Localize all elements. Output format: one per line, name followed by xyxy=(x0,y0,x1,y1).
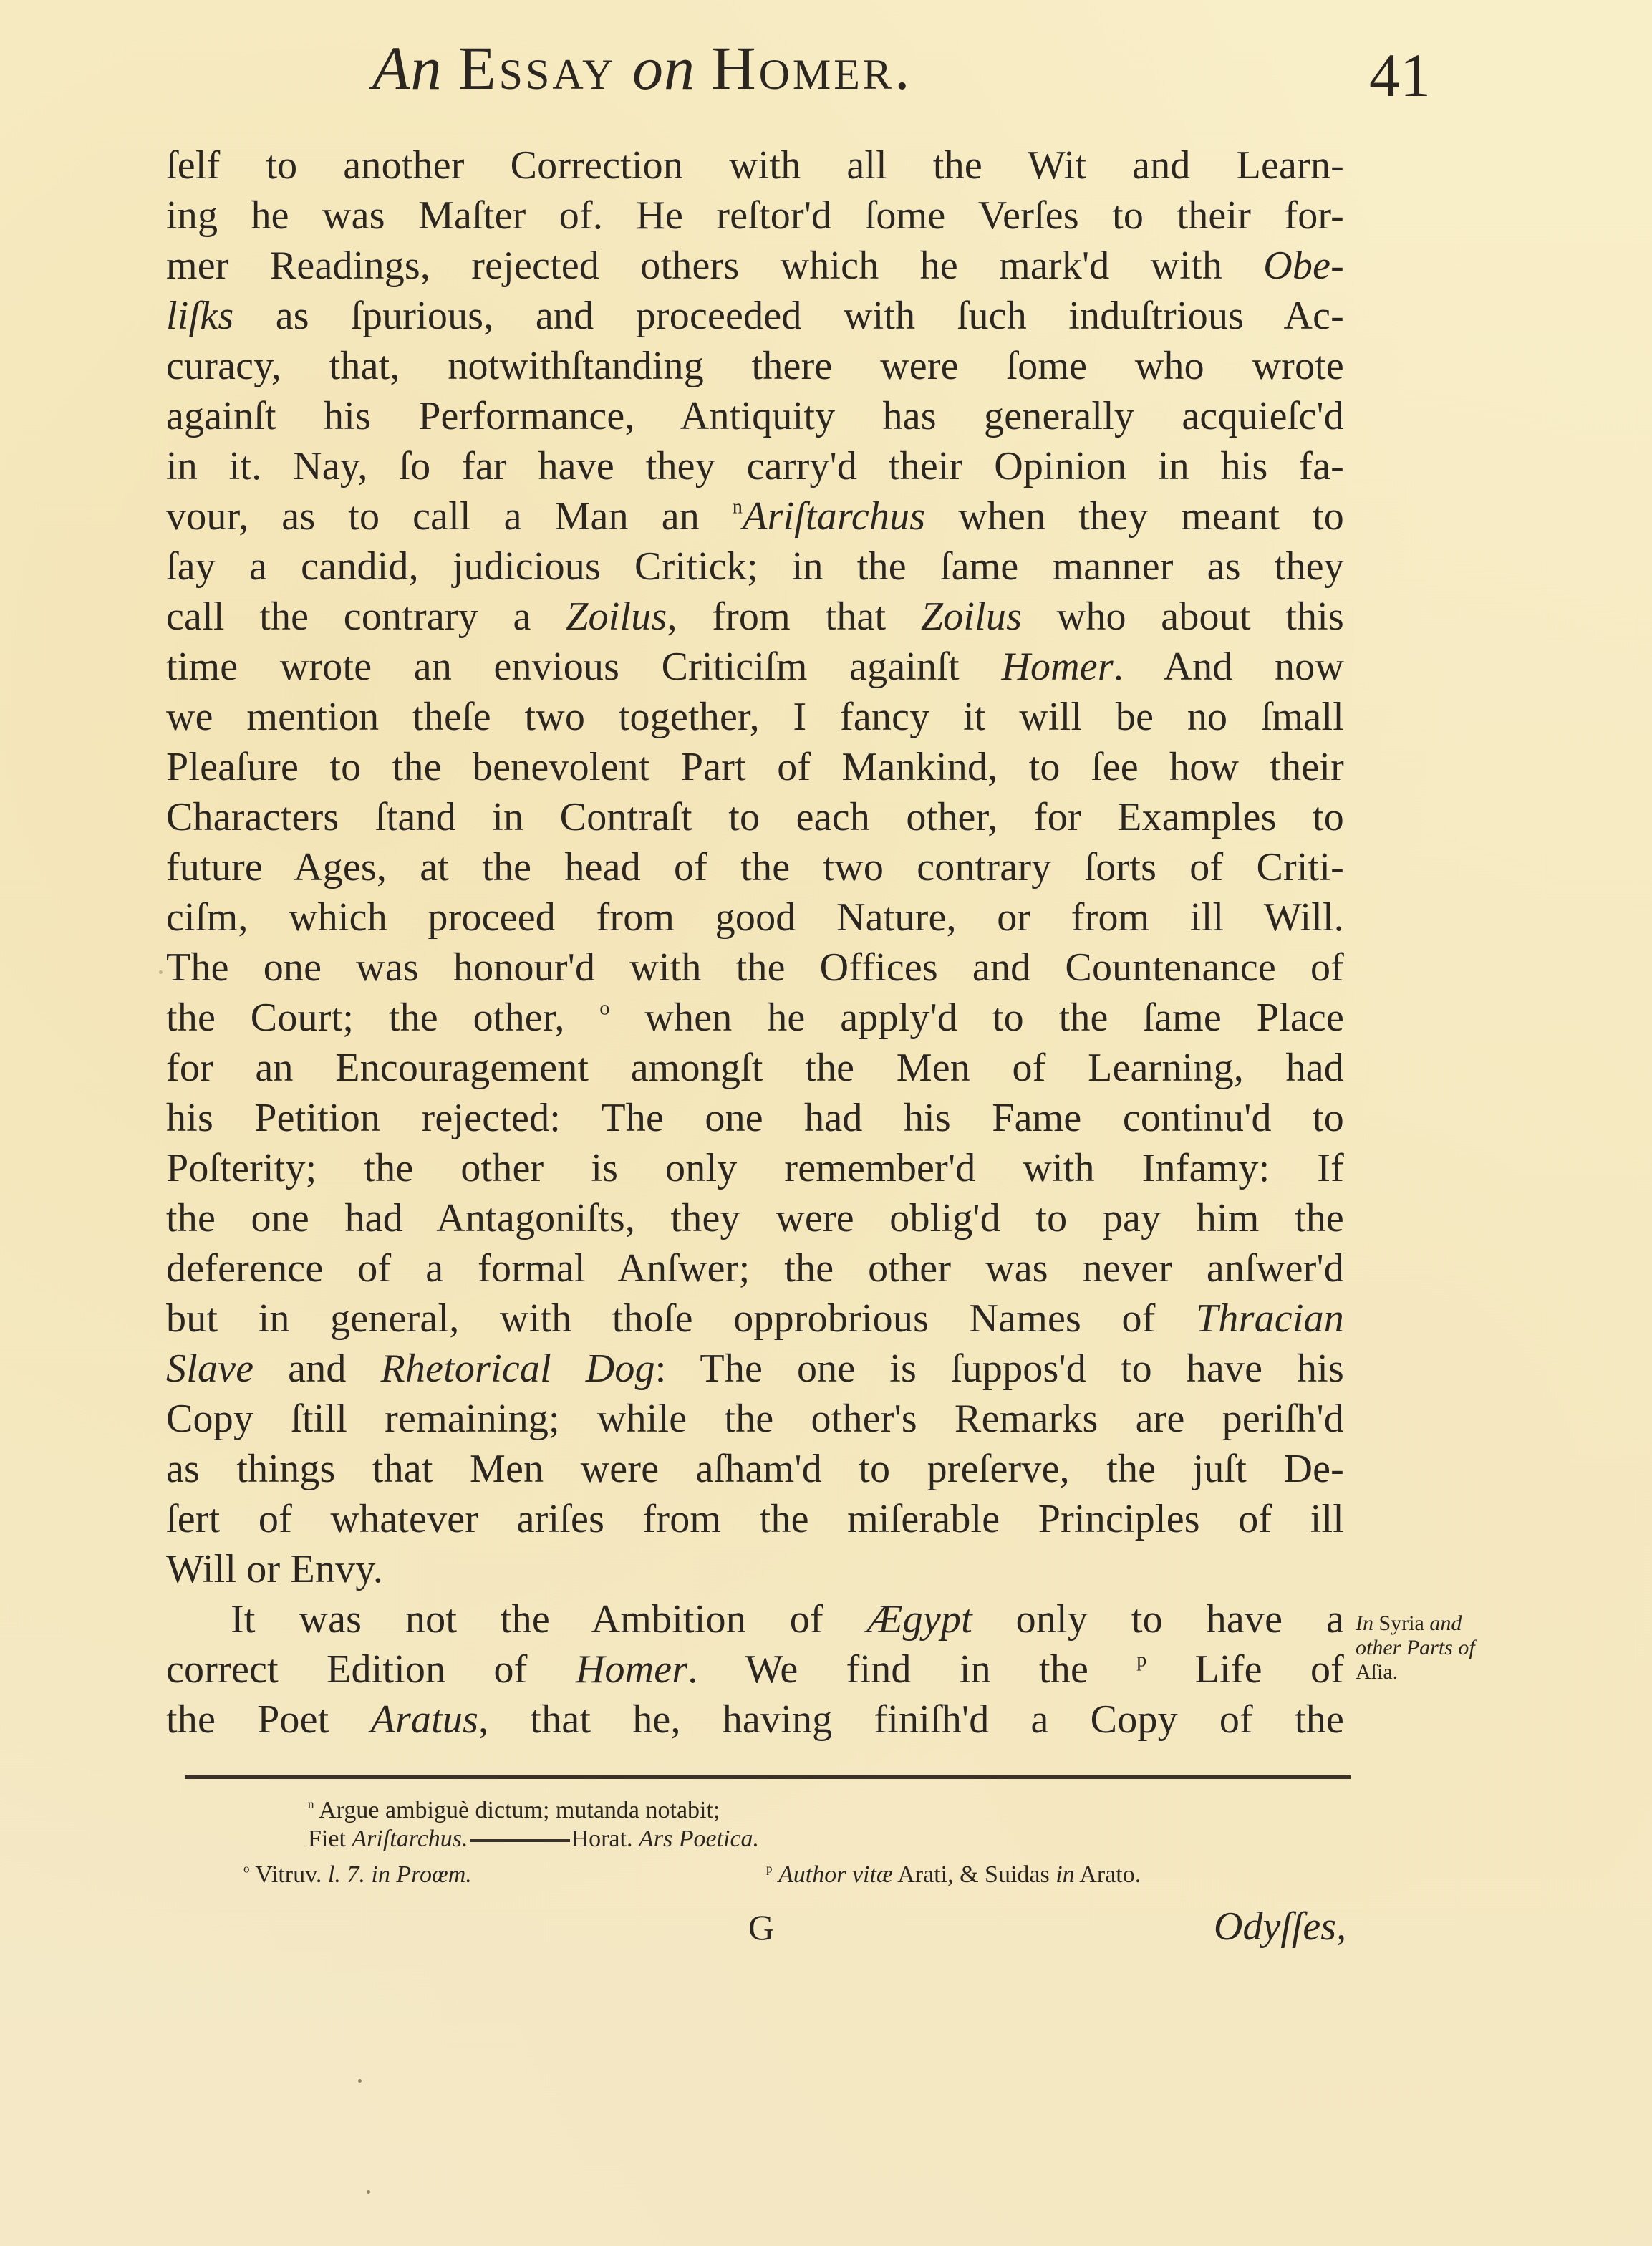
footnote-reference: p xyxy=(1136,1649,1146,1672)
text-line: deference of a formal Anſwer; the other … xyxy=(166,1243,1344,1293)
footnote-o-mark: o xyxy=(243,1861,250,1875)
text-line: for an Encouragement amongſt the Men of … xyxy=(166,1043,1344,1093)
text-line: Poſterity; the other is only remember'd … xyxy=(166,1143,1344,1193)
text-line: as things that Men were aſham'd to preſe… xyxy=(166,1444,1344,1494)
text-line: future Ages, at the head of the two cont… xyxy=(166,842,1344,892)
text-line: Characters ſtand in Contraſt to each oth… xyxy=(166,792,1344,842)
margin-note-asia: Aſia. xyxy=(1356,1660,1398,1684)
text-line: we mention theſe two together, I fancy i… xyxy=(166,692,1344,742)
footnote-o-ref: l. 7. in Proœm. xyxy=(328,1861,472,1888)
margin-note: In Syria and other Parts of Aſia. xyxy=(1356,1611,1542,1684)
text-line: but in general, with thoſe opprobrious N… xyxy=(166,1293,1344,1344)
text-line: his Petition rejected: The one had his F… xyxy=(166,1093,1344,1143)
footnote-p-arati: Arati, & Suidas xyxy=(897,1861,1049,1888)
text-line: ciſm, which proceed from good Nature, or… xyxy=(166,892,1344,943)
paper-speck xyxy=(159,970,163,974)
running-head-an: An xyxy=(372,34,443,102)
footnote-o: o Vitruv. l. 7. in Proœm. xyxy=(243,1861,472,1889)
margin-note-other-parts: other Parts of xyxy=(1356,1636,1475,1659)
text-line: Will or Envy. xyxy=(166,1544,1344,1594)
text-line: It was not the Ambition of Ægypt only to… xyxy=(166,1594,1344,1644)
text-line: ſert of whatever ariſes from the miſerab… xyxy=(166,1494,1344,1544)
footnote-n-ars-poetica: Ars Poetica. xyxy=(639,1826,759,1852)
body-text: ſelf to another Correction with all the … xyxy=(166,140,1344,1745)
text-line: curacy, that, notwithſtanding there were… xyxy=(166,341,1344,391)
footnote-o-vitruv: Vitruv. xyxy=(255,1861,322,1888)
text-line: The one was honour'd with the Offices an… xyxy=(166,943,1344,993)
footnote-p-arato: Arato. xyxy=(1079,1861,1141,1888)
footnote-n-line-2: Fiet Ariſtarchus.Horat. Ars Poetica. xyxy=(308,1825,759,1854)
paper-speck xyxy=(358,2079,362,2083)
signature-mark: G xyxy=(748,1907,774,1948)
text-line: ing he was Maſter of. He reſtor'd ſome V… xyxy=(166,191,1344,241)
footnote-reference: n xyxy=(733,496,743,519)
footnote-n-fiet: Fiet xyxy=(308,1826,346,1852)
footnote-n-aristarchus: Ariſtarchus. xyxy=(352,1826,468,1852)
text-line: Pleaſure to the benevolent Part of Manki… xyxy=(166,742,1344,792)
footnote-dash xyxy=(470,1839,570,1842)
text-line: againſt his Performance, Antiquity has g… xyxy=(166,391,1344,441)
text-line: in it. Nay, ſo far have they carry'd the… xyxy=(166,441,1344,491)
text-line: time wrote an envious Criticiſm againſt … xyxy=(166,642,1344,692)
text-line: correct Edition of Homer. We find in the… xyxy=(166,1644,1344,1695)
footnote-p-author: Author vitæ xyxy=(778,1861,893,1888)
margin-note-line-3: Aſia. xyxy=(1356,1660,1542,1684)
text-line: the Court; the other, o when he apply'd … xyxy=(166,993,1344,1043)
text-line: call the contrary a Zoilus, from that Zo… xyxy=(166,592,1344,642)
running-head-on: on xyxy=(632,34,695,102)
text-line: ſay a candid, judicious Critick; in the … xyxy=(166,541,1344,592)
running-head-essay: Essay xyxy=(458,34,616,102)
margin-note-syria: Syria xyxy=(1379,1611,1424,1635)
margin-note-line-1: In Syria and xyxy=(1356,1611,1542,1636)
page-number: 41 xyxy=(1369,44,1431,106)
text-line: the Poet Aratus, that he, having finiſh'… xyxy=(166,1695,1344,1745)
text-line: mer Readings, rejected others which he m… xyxy=(166,241,1344,291)
footnote-reference: o xyxy=(599,998,609,1020)
footnote-n-horat: Horat. xyxy=(571,1826,633,1852)
running-head-homer: Homer. xyxy=(711,34,912,102)
footnote-n-text: Argue ambiguè dictum; mutanda notabit; xyxy=(319,1797,720,1823)
text-line: liſks as ſpurious, and proceeded with ſu… xyxy=(166,291,1344,341)
text-line: Copy ſtill remaining; while the other's … xyxy=(166,1394,1344,1444)
footnote-rule xyxy=(185,1775,1351,1779)
text-line: the one had Antagoniſts, they were oblig… xyxy=(166,1193,1344,1243)
text-line: ſelf to another Correction with all the … xyxy=(166,140,1344,191)
paper-speck xyxy=(367,2190,370,2194)
footnote-p-in: in xyxy=(1056,1861,1074,1888)
book-page: An Essay on Homer. 41 ſelf to another Co… xyxy=(0,0,1652,2246)
running-head: An Essay on Homer. xyxy=(372,37,912,99)
text-line: Slave and Rhetorical Dog: The one is ſup… xyxy=(166,1344,1344,1394)
footnote-n-mark: n xyxy=(308,1797,314,1811)
catchword: Odyſſes, xyxy=(1214,1904,1346,1949)
footnote-p: p Author vitæ Arati, & Suidas in Arato. xyxy=(766,1861,1141,1889)
margin-note-in: In xyxy=(1356,1611,1373,1635)
footnote-p-mark: p xyxy=(766,1861,773,1875)
text-line: vour, as to call a Man an nAriſtarchus w… xyxy=(166,491,1344,541)
footnote-n-line-1: n Argue ambiguè dictum; mutanda notabit; xyxy=(308,1796,720,1825)
margin-note-line-2: other Parts of xyxy=(1356,1636,1542,1660)
margin-note-and: and xyxy=(1429,1611,1462,1635)
